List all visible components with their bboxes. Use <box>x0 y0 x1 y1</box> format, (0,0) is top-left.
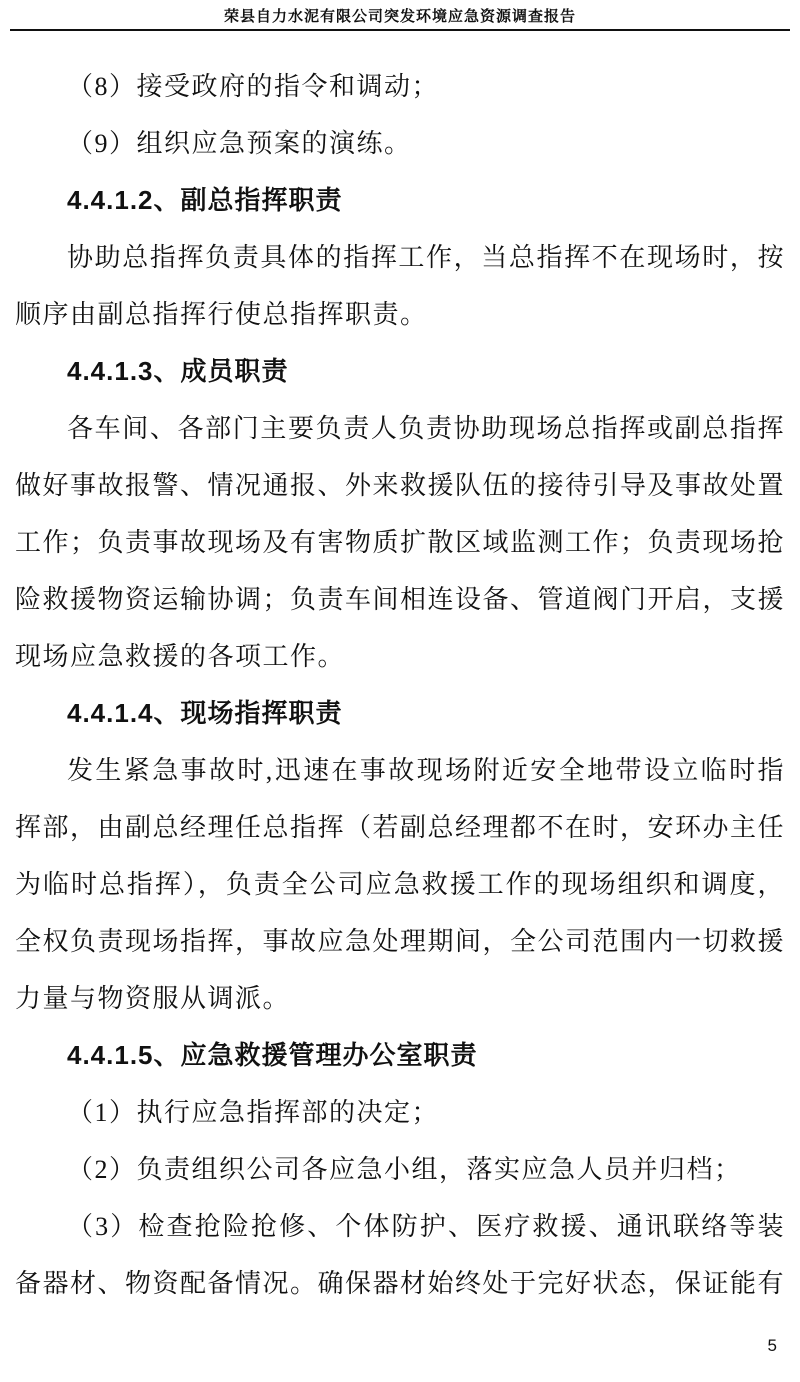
paragraph: 各车间、各部门主要负责人负责协助现场总指挥或副总指挥做好事故报警、情况通报、外来… <box>15 400 785 685</box>
running-header: 荣县自力水泥有限公司突发环境应急资源调查报告 <box>10 0 790 31</box>
paragraph: （8）接受政府的指令和调动； <box>15 58 785 115</box>
document-page: 荣县自力水泥有限公司突发环境应急资源调查报告 （8）接受政府的指令和调动；（9）… <box>0 0 800 1382</box>
section-heading: 4.4.1.4、现场指挥职责 <box>15 685 785 742</box>
paragraph: （9）组织应急预案的演练。 <box>15 115 785 172</box>
page-number: 5 <box>768 1336 777 1356</box>
paragraph: （2）负责组织公司各应急小组，落实应急人员并归档； <box>15 1141 785 1198</box>
section-heading: 4.4.1.2、副总指挥职责 <box>15 172 785 229</box>
section-heading: 4.4.1.5、应急救援管理办公室职责 <box>15 1027 785 1084</box>
document-body: （8）接受政府的指令和调动；（9）组织应急预案的演练。4.4.1.2、副总指挥职… <box>15 58 785 1312</box>
paragraph: 发生紧急事故时,迅速在事故现场附近安全地带设立临时指挥部，由副总经理任总指挥（若… <box>15 742 785 1027</box>
paragraph: 协助总指挥负责具体的指挥工作，当总指挥不在现场时，按顺序由副总指挥行使总指挥职责… <box>15 229 785 343</box>
paragraph: （1）执行应急指挥部的决定； <box>15 1084 785 1141</box>
running-header-title: 荣县自力水泥有限公司突发环境应急资源调查报告 <box>224 9 576 25</box>
paragraph: （3）检查抢险抢修、个体防护、医疗救援、通讯联络等装备器材、物资配备情况。确保器… <box>15 1198 785 1312</box>
section-heading: 4.4.1.3、成员职责 <box>15 343 785 400</box>
